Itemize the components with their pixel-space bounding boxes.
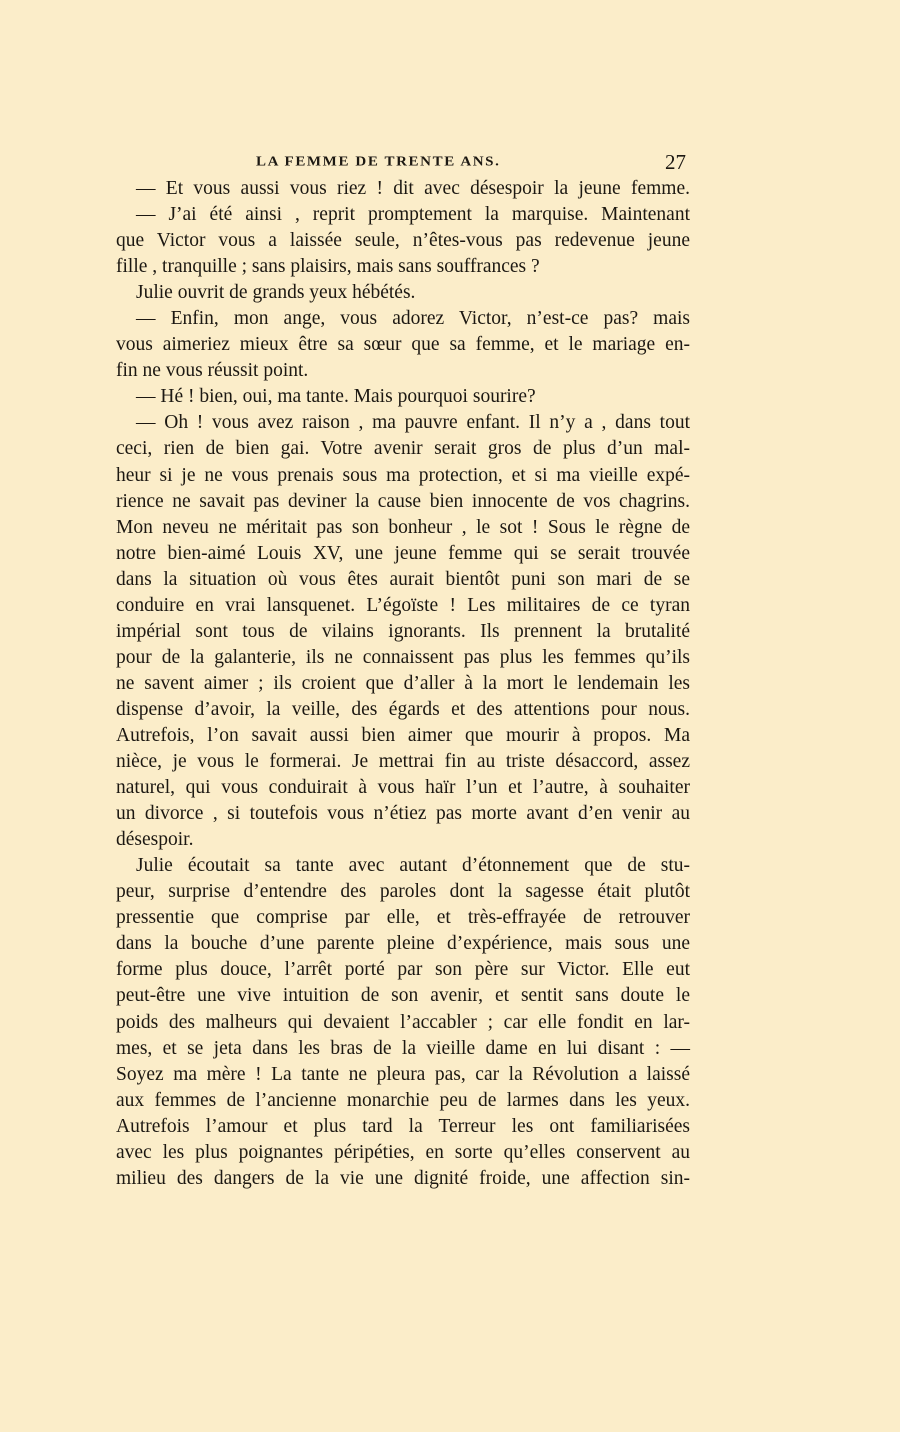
text-line: avec les plus poignantes péripéties, en … <box>116 1140 690 1166</box>
text-line: — Enfin, mon ange, vous adorez Victor, n… <box>116 306 690 332</box>
text-line: désespoir. <box>116 827 690 853</box>
book-page: LA FEMME DE TRENTE ANS. 27 — Et vous aus… <box>116 150 690 1192</box>
text-line: vous aimeriez mieux être sa sœur que sa … <box>116 332 690 358</box>
text-line: Autrefois, l’on savait aussi bien aimer … <box>116 723 690 749</box>
body-text: — Et vous aussi vous riez ! dit avec dés… <box>116 176 690 1192</box>
text-line: rience ne savait pas deviner la cause bi… <box>116 489 690 515</box>
text-line: impérial sont tous de vilains ignorants.… <box>116 619 690 645</box>
text-line: naturel, qui vous conduirait à vous haïr… <box>116 775 690 801</box>
text-line: Mon neveu ne méritait pas son bonheur , … <box>116 515 690 541</box>
running-head: LA FEMME DE TRENTE ANS. 27 <box>116 150 690 176</box>
text-line: pour de la galanterie, ils ne connaissen… <box>116 645 690 671</box>
text-line: fin ne vous réussit point. <box>116 358 690 384</box>
text-line: dans la situation où vous êtes aurait bi… <box>116 567 690 593</box>
text-line: dispense d’avoir, la veille, des égards … <box>116 697 690 723</box>
text-line: dans la bouche d’une parente pleine d’ex… <box>116 931 690 957</box>
text-line: milieu des dangers de la vie une dignité… <box>116 1166 690 1192</box>
text-line: poids des malheurs qui devaient l’accabl… <box>116 1010 690 1036</box>
text-line: Soyez ma mère ! La tante ne pleura pas, … <box>116 1062 690 1088</box>
text-line: forme plus douce, l’arrêt porté par son … <box>116 957 690 983</box>
text-line: peut-être une vive intuition de son aven… <box>116 983 690 1009</box>
text-line: ceci, rien de bien gai. Votre avenir ser… <box>116 436 690 462</box>
text-line: — Et vous aussi vous riez ! dit avec dés… <box>116 176 690 202</box>
text-line: — Hé ! bien, oui, ma tante. Mais pourquo… <box>116 384 690 410</box>
text-line: Julie écoutait sa tante avec autant d’ét… <box>116 853 690 879</box>
text-line: — J’ai été ainsi , reprit promptement la… <box>116 202 690 228</box>
text-line: fille , tranquille ; sans plaisirs, mais… <box>116 254 690 280</box>
running-head-title: LA FEMME DE TRENTE ANS. <box>256 155 500 170</box>
text-line: que Victor vous a laissée seule, n’êtes-… <box>116 228 690 254</box>
text-line: un divorce , si toutefois vous n’étiez p… <box>116 801 690 827</box>
text-line: nièce, je vous le formerai. Je mettrai f… <box>116 749 690 775</box>
page-number: 27 <box>665 150 686 175</box>
text-line: peur, surprise d’entendre des paroles do… <box>116 879 690 905</box>
text-line: aux femmes de l’ancienne monarchie peu d… <box>116 1088 690 1114</box>
text-line: conduire en vrai lansquenet. L’égoïste !… <box>116 593 690 619</box>
text-line: ne savent aimer ; ils croient que d’alle… <box>116 671 690 697</box>
text-line: heur si je ne vous prenais sous ma prote… <box>116 463 690 489</box>
text-line: — Oh ! vous avez raison , ma pauvre enfa… <box>116 410 690 436</box>
text-line: notre bien-aimé Louis XV, une jeune femm… <box>116 541 690 567</box>
text-line: mes, et se jeta dans les bras de la viei… <box>116 1036 690 1062</box>
text-line: Julie ouvrit de grands yeux hébétés. <box>116 280 690 306</box>
text-line: Autrefois l’amour et plus tard la Terreu… <box>116 1114 690 1140</box>
text-line: pressentie que comprise par elle, et trè… <box>116 905 690 931</box>
